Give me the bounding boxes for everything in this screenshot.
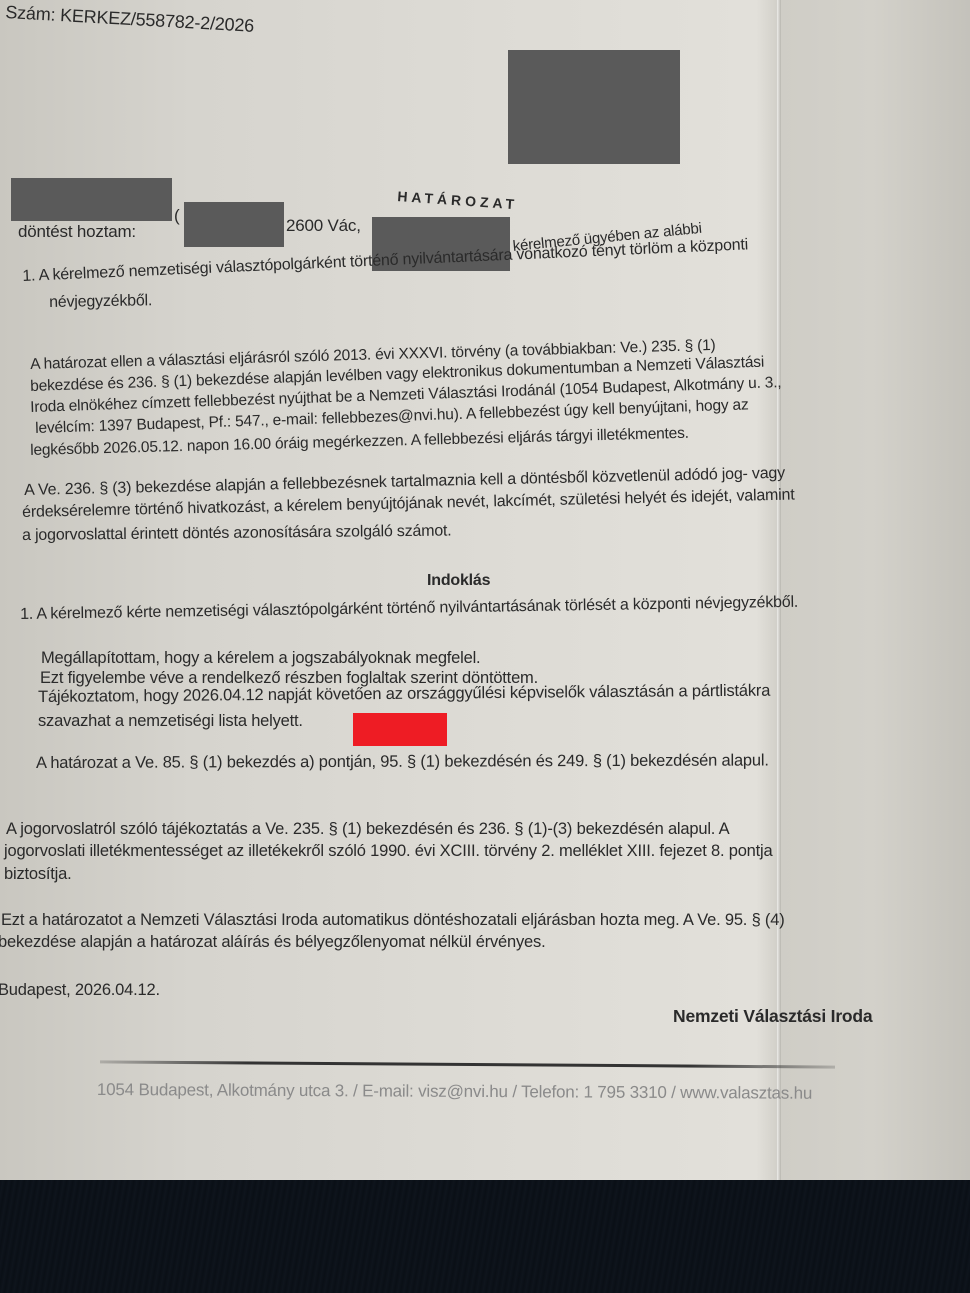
redacted-block-birth	[184, 202, 284, 247]
remedy-line: biztosítja.	[4, 865, 72, 884]
decision-item-continued: névjegyzékből.	[49, 292, 152, 312]
finding-line: Megállapítottam, hogy a kérelem a jogsza…	[41, 649, 480, 668]
reasoning-item-number: 1.	[20, 606, 33, 623]
decision-item-number: 1.	[22, 267, 36, 285]
intro-paren: (	[174, 206, 179, 226]
automation-line: bekezdése alapján a határozat aláírás és…	[0, 933, 545, 952]
remedy-line: A jogorvoslatról szóló tájékoztatás a Ve…	[6, 820, 729, 839]
footer-contact: 1054 Budapest, Alkotmány utca 3. / E-mai…	[97, 1080, 812, 1104]
issuer-name: Nemzeti Választási Iroda	[673, 1006, 872, 1027]
background-fabric	[0, 1180, 970, 1293]
place-date: Budapest, 2026.04.12.	[0, 981, 160, 1000]
redacted-block-address	[508, 50, 680, 164]
redacted-block-red	[353, 713, 447, 746]
finding-line: szavazhat a nemzetiségi lista helyett.	[38, 712, 303, 731]
intro-text-start: döntést hoztam:	[18, 222, 136, 242]
redacted-block-name	[11, 178, 172, 221]
remedy-line: jogorvoslati illetékmentességet az illet…	[4, 842, 772, 861]
intro-city: 2600 Vác,	[286, 216, 361, 236]
automation-line: Ezt a határozatot a Nemzeti Választási I…	[1, 911, 785, 930]
legal-basis: A határozat a Ve. 85. § (1) bekezdés a) …	[36, 751, 769, 773]
reasoning-heading: Indoklás	[427, 572, 490, 590]
